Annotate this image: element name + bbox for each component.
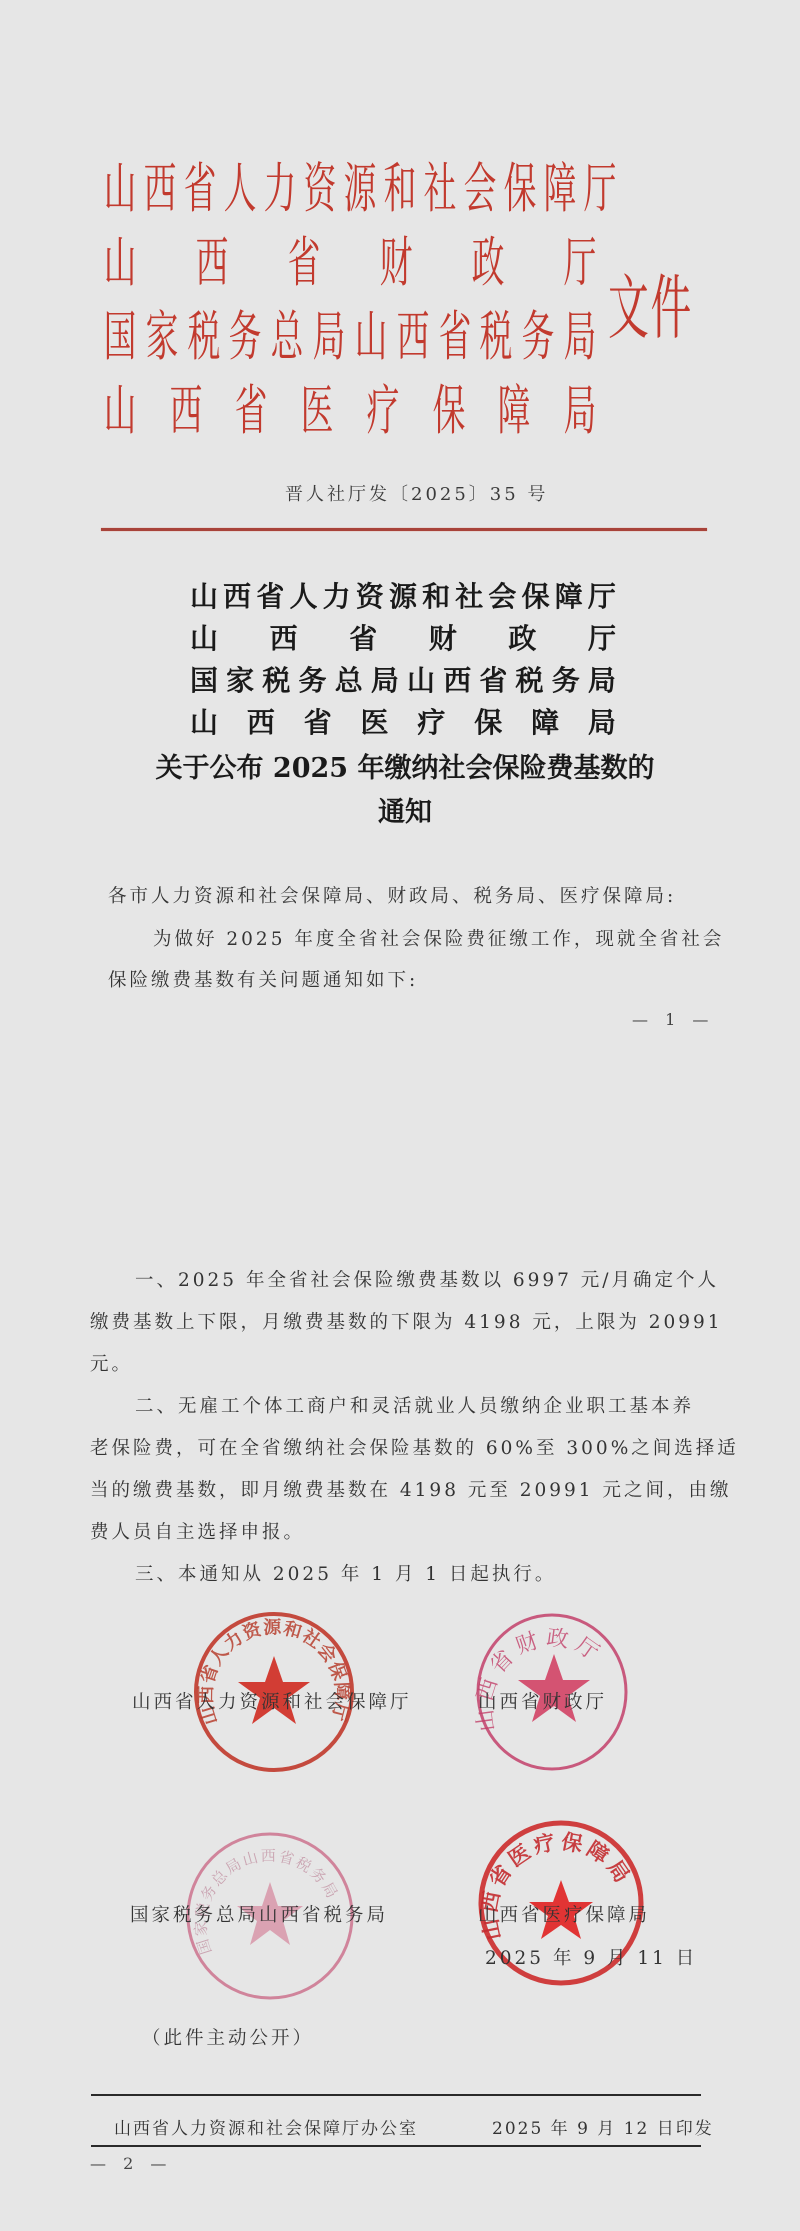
title-issuers: 山西省人力资源和社会保障厅 山西省财政厅 国家税务总局山西省税务局 山西省医疗保… — [190, 574, 616, 742]
issuer-char: 省 — [235, 368, 268, 445]
issuer-char: 局 — [588, 659, 616, 699]
issuer-char: 西 — [247, 701, 275, 741]
letterhead-file-label: 文件 — [608, 252, 693, 352]
issuer-char: 财 — [429, 617, 457, 657]
signature-tax: 国家税务总局山西省税务局 — [130, 1901, 388, 1927]
item1-line2: 缴费基数上下限，月缴费基数的下限为 4198 元，上限为 20991 — [90, 1308, 723, 1334]
issuer-char: 厅 — [564, 220, 597, 297]
issuer-char: 局 — [564, 368, 597, 445]
issuer-char: 省 — [256, 575, 284, 615]
issuer-char: 山 — [104, 146, 137, 223]
issuer-char: 和 — [422, 575, 450, 615]
issuer-char: 疗 — [417, 701, 445, 741]
issuer-char: 省 — [184, 146, 217, 223]
issuer-char: 力 — [264, 146, 297, 223]
issuer-char: 西 — [396, 294, 429, 371]
issuer-char: 源 — [389, 575, 417, 615]
issuer-char: 障 — [555, 575, 583, 615]
issuer-char: 家 — [226, 659, 254, 699]
issuer-char: 财 — [380, 220, 413, 297]
issuer-char: 社 — [424, 146, 457, 223]
issuer-char: 保 — [474, 701, 502, 741]
issuer-char: 会 — [488, 575, 516, 615]
issuer-char: 西 — [270, 617, 298, 657]
letterhead-issuer-1: 山西省人力资源和社会保障厅 — [100, 152, 600, 216]
issuer-char: 总 — [335, 659, 363, 699]
item2-line4: 费人员自主选择申报。 — [90, 1518, 305, 1544]
issuer-char: 医 — [301, 368, 334, 445]
footer-bottom-rule — [91, 2145, 701, 2147]
salutation: 各市人力资源和社会保障局、财政局、税务局、医疗保障局: — [108, 882, 676, 908]
issuer-char: 税 — [516, 659, 544, 699]
issuer-char: 山 — [104, 220, 137, 297]
issuer-char: 局 — [371, 659, 399, 699]
issuer-char: 山 — [104, 368, 137, 445]
issuer-char: 务 — [299, 659, 327, 699]
issuer-char: 疗 — [366, 368, 399, 445]
issuer-char: 省 — [288, 220, 321, 297]
issuer-char: 西 — [196, 220, 229, 297]
issuer-char: 西 — [443, 659, 471, 699]
title-issuer-3: 国家税务总局山西省税务局 — [190, 658, 616, 700]
issuer-char: 厅 — [588, 617, 616, 657]
issuer-char: 厅 — [588, 575, 616, 615]
issuer-char: 和 — [384, 146, 417, 223]
issuer-char: 山 — [190, 575, 218, 615]
issuer-char: 西 — [169, 368, 202, 445]
intro-paragraph-line2: 保险缴费基数有关问题通知如下: — [108, 966, 418, 992]
issuer-char: 政 — [508, 617, 536, 657]
issuer-char: 总 — [271, 294, 304, 371]
issuer-char: 局 — [313, 294, 346, 371]
issuer-char: 局 — [588, 701, 616, 741]
title-issuer-1: 山西省人力资源和社会保障厅 — [190, 574, 616, 616]
issuer-char: 医 — [361, 701, 389, 741]
issuer-char: 人 — [289, 575, 317, 615]
title-issuer-2: 山西省财政厅 — [190, 616, 616, 658]
issuer-char: 源 — [344, 146, 377, 223]
footer-top-rule — [91, 2094, 701, 2096]
letterhead-issuer-3: 国家税务总局山西省税务局 — [100, 300, 600, 364]
issuer-char: 税 — [480, 294, 513, 371]
letterhead-issuer-2: 山西省财政厅 — [100, 226, 600, 290]
issuer-char: 局 — [564, 294, 597, 371]
issuer-char: 山 — [407, 659, 435, 699]
issuer-char: 税 — [262, 659, 290, 699]
issuer-char: 西 — [144, 146, 177, 223]
issuer-char: 障 — [544, 146, 577, 223]
intro-paragraph-line1: 为做好 2025 年度全省社会保险费征缴工作，现就全省社会 — [153, 925, 724, 951]
issuer-char: 税 — [187, 294, 220, 371]
issuer-char: 会 — [464, 146, 497, 223]
issuer-char: 资 — [304, 146, 337, 223]
issuer-char: 山 — [190, 701, 218, 741]
letterhead-issuer-4: 山西省医疗保障局 — [100, 374, 600, 438]
issuer-char: 省 — [479, 659, 507, 699]
issuer-char: 国 — [190, 659, 218, 699]
issuer-char: 山 — [354, 294, 387, 371]
issuer-char: 资 — [356, 575, 384, 615]
item3-line1: 三、本通知从 2025 年 1 月 1 日起执行。 — [135, 1560, 556, 1586]
item2-line1: 二、无雇工个体工商户和灵活就业人员缴纳企业职工基本养 — [135, 1392, 694, 1418]
title-subject-line1: 关于公布 2025 年缴纳社会保险费基数的 — [140, 746, 670, 785]
signature-hrss: 山西省人力资源和社会保障厅 — [132, 1688, 412, 1714]
page-number-1: — 1 — — [632, 1010, 714, 1029]
issuer-char: 务 — [552, 659, 580, 699]
footer-issuing-office: 山西省人力资源和社会保障厅办公室 — [114, 2114, 418, 2139]
issuer-char: 障 — [498, 368, 531, 445]
page-number-2: — 2 — — [90, 2154, 172, 2173]
issuer-char: 力 — [323, 575, 351, 615]
signature-finance: 山西省财政厅 — [478, 1688, 607, 1714]
issuer-char: 务 — [522, 294, 555, 371]
title-subject-line2: 通知 — [140, 790, 670, 829]
issuer-char: 厅 — [584, 146, 617, 223]
issuer-char: 省 — [349, 617, 377, 657]
title-issuer-4: 山西省医疗保障局 — [190, 700, 616, 742]
issuer-char: 国 — [104, 294, 137, 371]
letterhead-issuers: 山西省人力资源和社会保障厅 山西省财政厅 国家税务总局山西省税务局 山西省医疗保… — [100, 152, 600, 448]
footer-print-date: 2025 年 9 月 12 日印发 — [492, 2114, 714, 2139]
issuer-char: 障 — [531, 701, 559, 741]
issuer-char: 保 — [522, 575, 550, 615]
signature-medical: 山西省医疗保障局 — [478, 1901, 650, 1927]
issuer-char: 保 — [432, 368, 465, 445]
item2-line3: 当的缴费基数，即月缴费基数在 4198 元至 20991 元之间，由缴 — [90, 1476, 731, 1502]
issuer-char: 社 — [455, 575, 483, 615]
disclosure-note: （此件主动公开） — [142, 2024, 314, 2050]
red-divider — [101, 528, 707, 531]
issuer-char: 人 — [224, 146, 257, 223]
issuer-char: 保 — [504, 146, 537, 223]
item1-line1: 一、2025 年全省社会保险缴费基数以 6997 元/月确定个人 — [135, 1266, 719, 1292]
item2-line2: 老保险费，可在全省缴纳社会保险基数的 60%至 300%之间选择适 — [90, 1434, 739, 1460]
issuer-char: 省 — [438, 294, 471, 371]
issuer-char: 省 — [304, 701, 332, 741]
issuer-char: 政 — [472, 220, 505, 297]
signing-date: 2025 年 9 月 11 日 — [485, 1944, 697, 1970]
issuer-char: 务 — [229, 294, 262, 371]
item1-line3: 元。 — [90, 1350, 133, 1376]
issuer-char: 西 — [223, 575, 251, 615]
document-number: 晋人社厅发〔2025〕35 号 — [285, 480, 548, 506]
issuer-char: 家 — [145, 294, 178, 371]
issuer-char: 山 — [190, 617, 218, 657]
